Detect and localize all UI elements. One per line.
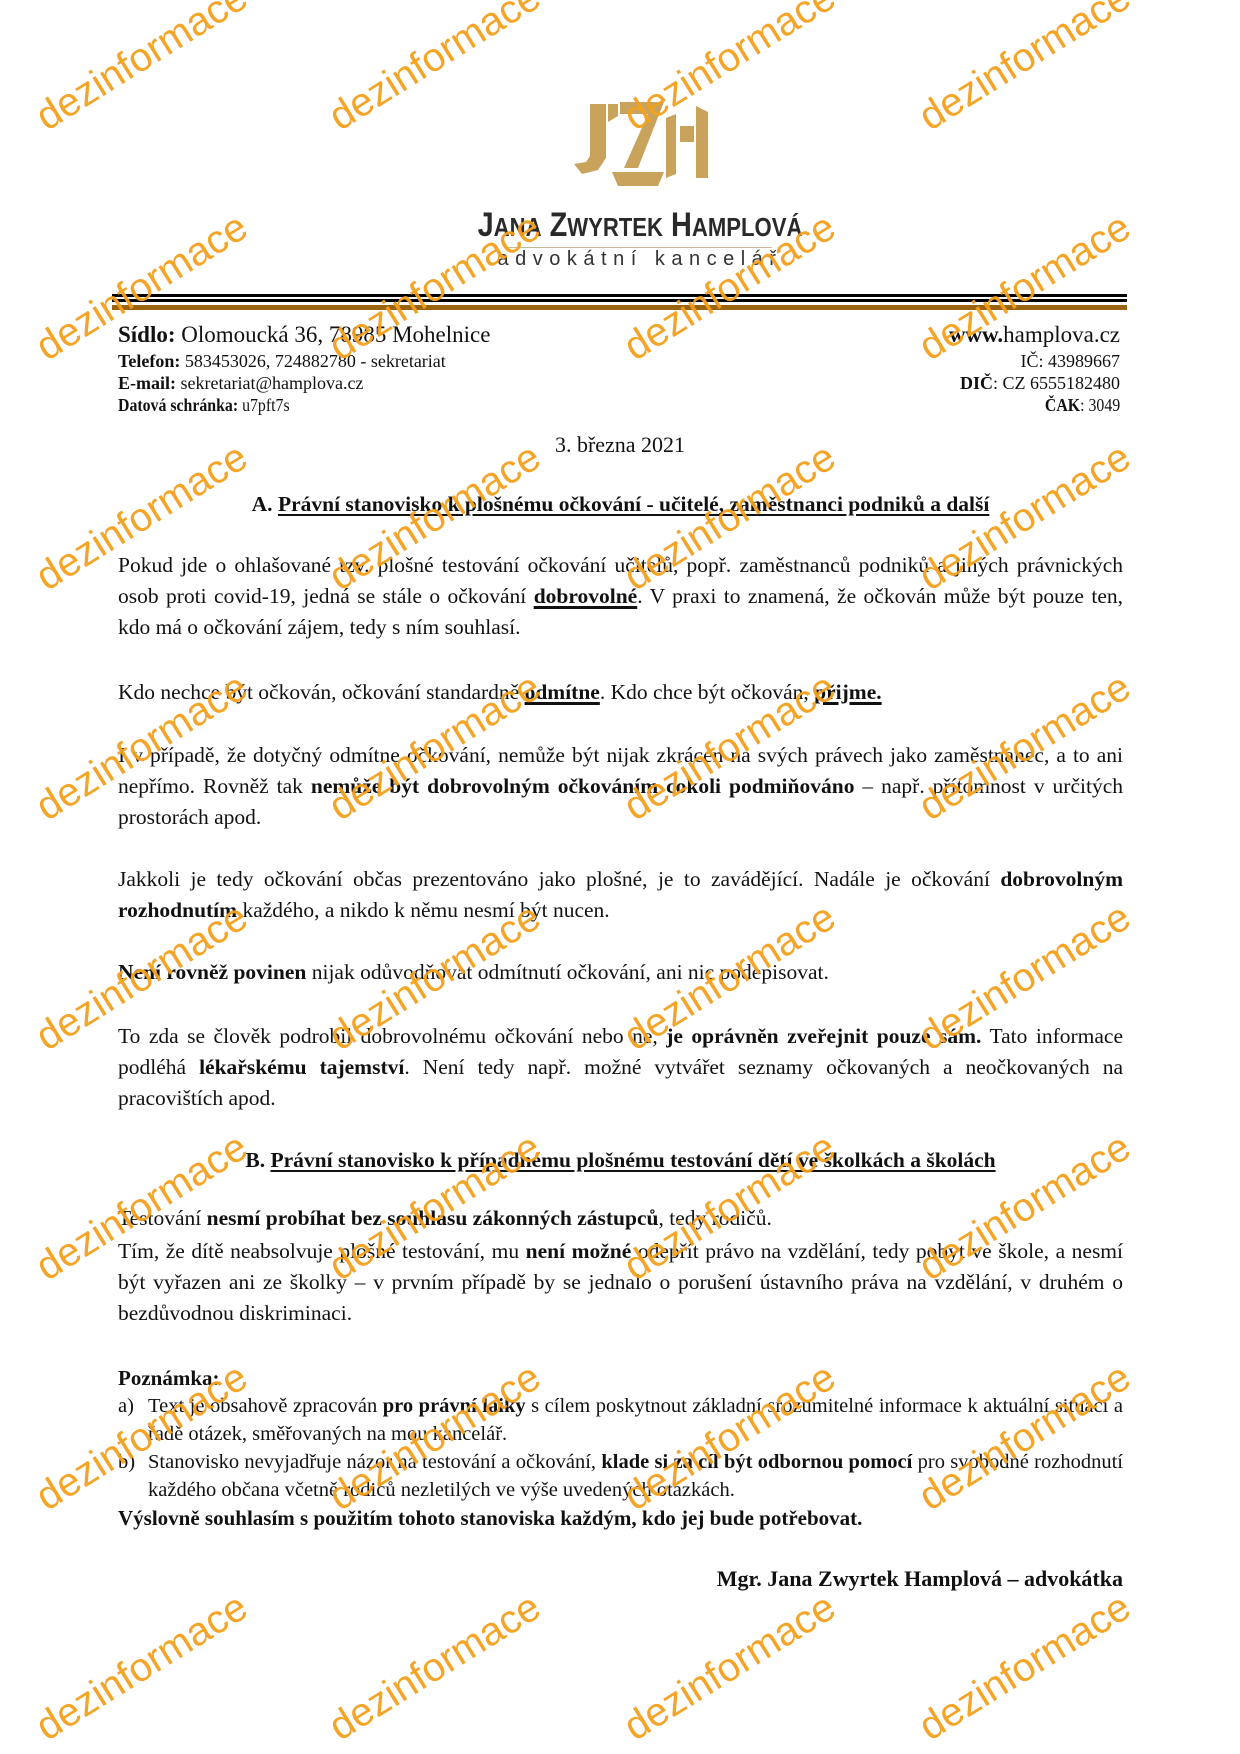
- section-b-heading: B. Právní stanovisko k případnému plošné…: [118, 1148, 1123, 1173]
- watermark-text: dezinformace: [28, 1585, 255, 1750]
- note-heading: Poznámka:: [118, 1364, 1123, 1392]
- firm-name: JANA ZWYRTEK HAMPLOVÁ: [470, 206, 810, 245]
- watermark-text: dezinformace: [321, 1585, 548, 1750]
- paragraph-a1: Pokud jde o ohlašované tzv. plošné testo…: [118, 550, 1123, 643]
- note-item-b: b)Stanovisko nevyjadřuje názor na testov…: [118, 1448, 1123, 1504]
- note-item-a: a)Text je obsahově zpracován pro právní …: [118, 1392, 1123, 1448]
- watermark-text: dezinformace: [911, 0, 1138, 140]
- contact-info-right: www.hamplova.cz IČ: 43989667 DIČ: CZ 655…: [949, 320, 1120, 416]
- header-rule-black-1: [112, 294, 1127, 297]
- paragraph-a2: Kdo nechce být očkován, očkování standar…: [118, 677, 1123, 708]
- paragraph-b2: Tím, že dítě neabsolvuje plošné testován…: [118, 1236, 1123, 1329]
- watermark-text: dezinformace: [616, 1585, 843, 1750]
- section-a-letter: A.: [252, 492, 273, 516]
- letterhead-logo: JANA ZWYRTEK HAMPLOVÁ advokátní kancelář: [440, 96, 840, 286]
- cak-line: ČAK: 3049: [969, 394, 1120, 416]
- note-block: Poznámka: a)Text je obsahově zpracován p…: [118, 1364, 1123, 1532]
- firm-subtitle: advokátní kancelář: [440, 248, 840, 271]
- contact-info-left: Sídlo: Olomoucká 36, 78985 Mohelnice Tel…: [118, 320, 490, 416]
- paragraph-a5: Není rovněž povinen nijak odůvodňovat od…: [118, 957, 1123, 988]
- section-a-heading: A. Právní stanovisko k plošnému očkování…: [118, 492, 1123, 517]
- paragraph-a3: I v případě, že dotyčný odmítne očkování…: [118, 740, 1123, 833]
- watermark-text: dezinformace: [911, 1585, 1138, 1750]
- watermark-text: dezinformace: [28, 0, 255, 140]
- paragraph-a6: To zda se člověk podrobil dobrovolnému o…: [118, 1021, 1123, 1114]
- signature: Mgr. Jana Zwyrtek Hamplová – advokátka: [717, 1566, 1123, 1592]
- paragraph-a4: Jakkoli je tedy očkování občas prezentov…: [118, 864, 1123, 926]
- header-rule-brown: [112, 305, 1127, 310]
- phone-line: Telefon: 583453026, 724882780 - sekretar…: [118, 350, 490, 372]
- section-b-title: Právní stanovisko k případnému plošnému …: [270, 1148, 995, 1172]
- consent-statement: Výslovně souhlasím s použitím tohoto sta…: [118, 1504, 1123, 1532]
- section-b-letter: B.: [245, 1148, 265, 1172]
- document-date: 3. března 2021: [0, 432, 1240, 458]
- address-line: Sídlo: Olomoucká 36, 78985 Mohelnice: [118, 320, 490, 350]
- jzh-monogram-icon: [568, 96, 714, 188]
- section-a-title: Právní stanovisko k plošnému očkování - …: [278, 492, 989, 516]
- email-link[interactable]: sekretariat@hamplova.cz: [176, 373, 364, 393]
- dic-line: DIČ: CZ 6555182480: [949, 372, 1120, 394]
- email-line: E-mail: sekretariat@hamplova.cz: [118, 372, 490, 394]
- header-rule-black-2: [112, 299, 1127, 302]
- website-line[interactable]: www.hamplova.cz: [949, 320, 1120, 350]
- ic-line: IČ: 43989667: [949, 350, 1120, 372]
- paragraph-b1: Testování nesmí probíhat bez souhlasu zá…: [118, 1203, 1123, 1234]
- data-box-line: Datová schránka: u7pft7s: [118, 394, 446, 416]
